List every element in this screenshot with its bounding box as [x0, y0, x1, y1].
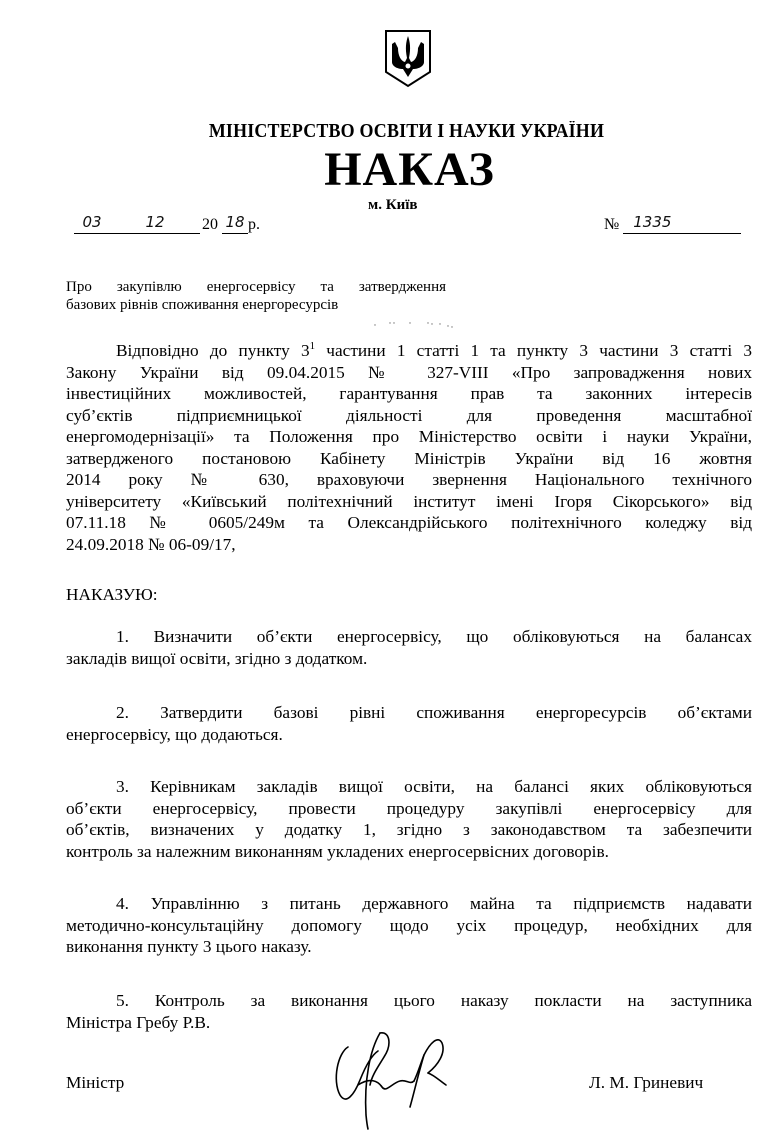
preamble-line: 07.11.18 № 0605/249м та Олександрійськог…	[66, 512, 752, 534]
preamble-line: Закону України від 09.04.2015 № 327-VIII…	[66, 362, 752, 384]
preamble-line: енергомодернізації» та Положення про Мін…	[66, 426, 752, 448]
item-line: виконання пункту 3 цього наказу.	[66, 936, 752, 958]
trident-coat-of-arms-icon	[383, 28, 433, 90]
document-title: НАКАЗ	[0, 140, 769, 200]
item-line: об’єкти енергосервісу, провести процедур…	[66, 798, 752, 820]
handwritten-signature-icon	[320, 1025, 470, 1135]
preamble-line: затвердженого постановою Кабінету Мініст…	[66, 448, 752, 470]
preamble-line: 24.09.2018 № 06-09/17,	[66, 534, 752, 556]
city: м. Київ	[368, 197, 418, 214]
order-number: 1335	[623, 213, 741, 234]
item-line: закладів вищої освіти, згідно з додатком…	[66, 648, 752, 670]
preamble-line: 2014 року № 630, враховуючи звернення На…	[66, 469, 752, 491]
subject-line-1: Про закупівлю енергосервісу та затвердже…	[66, 278, 446, 296]
preamble-line: університету «Київський політехнічний ін…	[66, 491, 752, 513]
preamble-line: інвестиційних можливостей, гарантування …	[66, 383, 752, 405]
signatory-position: Міністр	[66, 1073, 124, 1093]
number-label: №	[604, 216, 619, 233]
preamble-text: Відповідно до пункту 3	[116, 341, 310, 360]
date-field: 03122018р.	[74, 213, 260, 237]
order-item-2: 2. Затвердити базові рівні споживання ен…	[66, 702, 752, 745]
date-year-suffix: р.	[248, 216, 260, 233]
order-subject: Про закупівлю енергосервісу та затвердже…	[66, 278, 446, 314]
item-line: об’єктів, визначених у додатку 1, згідно…	[66, 819, 752, 841]
date-day: 03	[74, 213, 110, 234]
order-number-field: № 1335	[604, 213, 741, 234]
order-item-1: 1. Визначити об’єкти енергосервісу, що о…	[66, 626, 752, 669]
date-year: 18	[222, 213, 248, 234]
item-line: 4. Управлінню з питань державного майна …	[66, 893, 752, 915]
preamble-line: Відповідно до пункту 31 частини 1 статті…	[66, 340, 752, 362]
item-line: енергосервісу, що додаються.	[66, 724, 752, 746]
preamble-text: частини 1 статті 1 та пункту 3 частини 3…	[315, 341, 752, 360]
item-line: 5. Контроль за виконання цього наказу по…	[66, 990, 752, 1012]
date-month: 12	[110, 213, 200, 234]
item-line: 1. Визначити об’єкти енергосервісу, що о…	[66, 626, 752, 648]
item-line: 2. Затвердити базові рівні споживання ен…	[66, 702, 752, 724]
subject-line-2: базових рівнів споживання енергоресурсів	[66, 296, 446, 314]
item-line: контроль за належним виконанням укладени…	[66, 841, 752, 863]
order-item-3: 3. Керівникам закладів вищої освіти, на …	[66, 776, 752, 862]
scan-noise	[370, 315, 455, 323]
preamble-line: суб’єктів підприємницької діяльності для…	[66, 405, 752, 427]
item-line: методично-консультаційну допомогу щодо у…	[66, 915, 752, 937]
order-directive-heading: НАКАЗУЮ:	[66, 585, 158, 605]
signatory-name: Л. М. Гриневич	[589, 1073, 703, 1093]
preamble-paragraph: Відповідно до пункту 31 частини 1 статті…	[66, 340, 752, 555]
item-line: 3. Керівникам закладів вищої освіти, на …	[66, 776, 752, 798]
date-century: 20	[202, 216, 218, 233]
order-item-4: 4. Управлінню з питань державного майна …	[66, 893, 752, 958]
document-title-text: НАКАЗ	[324, 140, 495, 200]
